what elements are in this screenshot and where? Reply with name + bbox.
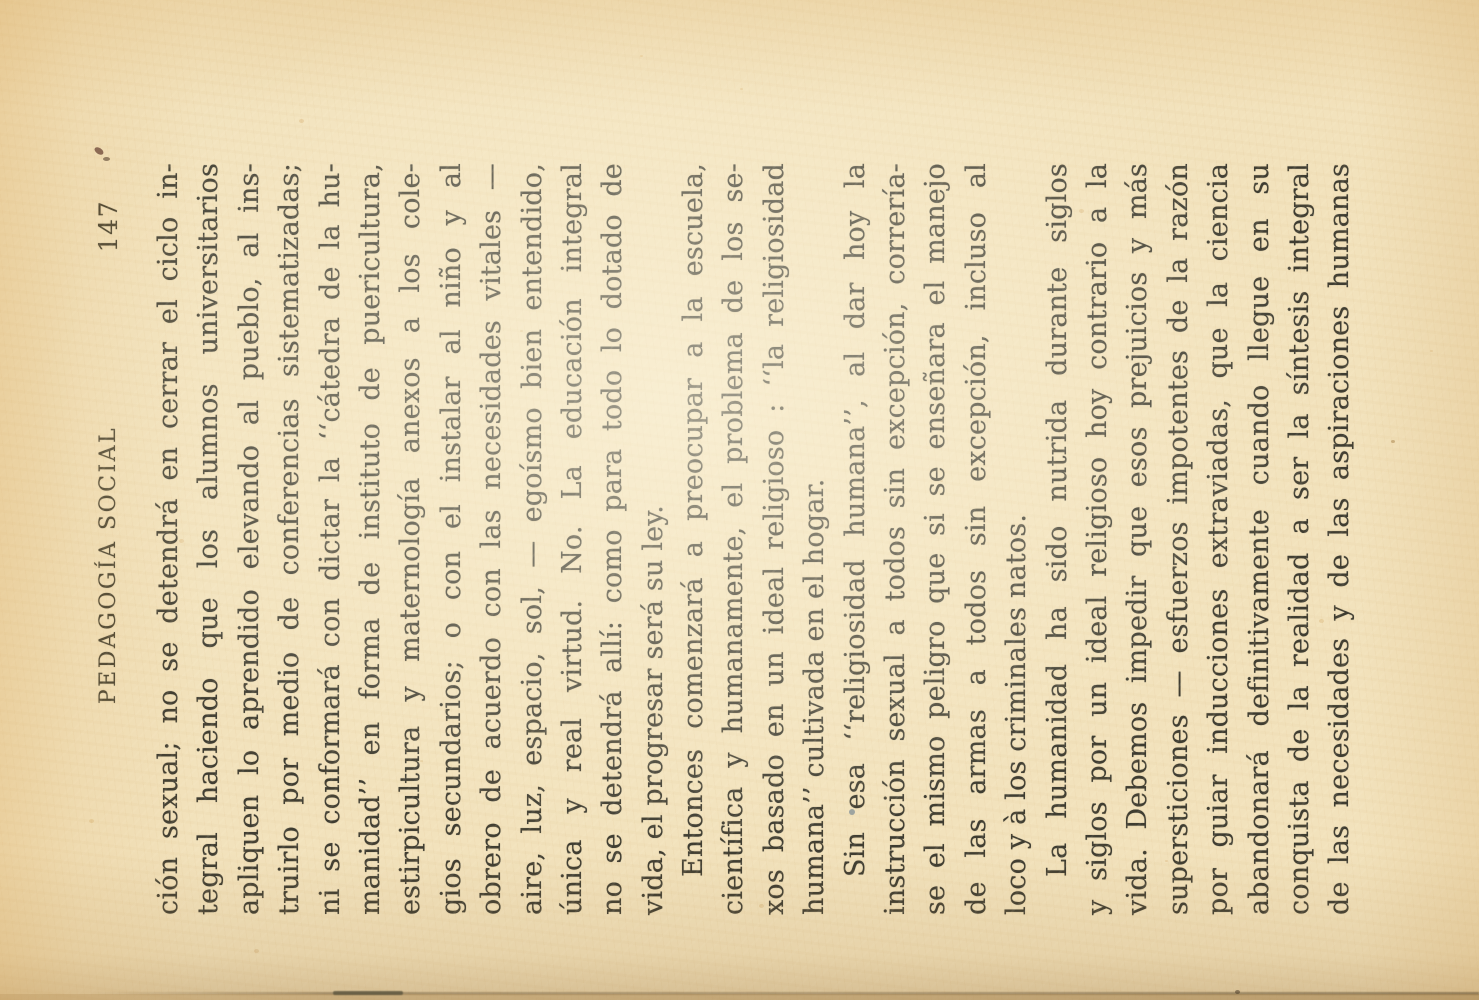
scanned-book-page: PEDAGOGÍA SOCIAL 147 ción sexual; no se … bbox=[0, 0, 1479, 1000]
text-line: única y real virtud. No. La educación in… bbox=[553, 163, 593, 915]
text-line: tegral haciendo que los alumnos universi… bbox=[189, 163, 229, 915]
text-line: apliquen lo aprendido elevando al pueblo… bbox=[230, 163, 270, 915]
text-line: xos basado en un ideal religioso : ‘‘la … bbox=[755, 163, 795, 915]
text-line: aire, luz, espacio, sol, — egoísmo bien … bbox=[513, 163, 553, 915]
text-line: ción sexual; no se detendrá en cerrar el… bbox=[149, 163, 189, 915]
text-line: humana’’ cultivada en el hogar. bbox=[795, 163, 835, 915]
page-number: 147 bbox=[94, 200, 123, 252]
text-line: de las necesidades y de las aspiraciones… bbox=[1320, 163, 1360, 915]
text-line: loco y à los criminales natos. bbox=[997, 163, 1037, 915]
text-line: y siglos por un ideal religioso hoy cont… bbox=[1078, 163, 1118, 915]
text-line: La humanidad ha sido nutrida durante sig… bbox=[1038, 163, 1078, 915]
text-line: supersticiones — esfuerzos impotentes de… bbox=[1159, 163, 1199, 915]
text-line: vida, el progresar será su ley. bbox=[634, 163, 674, 915]
text-line: de las armas a todos sin excepción, incl… bbox=[957, 163, 997, 915]
text-line: ni se conformará con dictar la ‘‘cátedra… bbox=[311, 163, 351, 915]
text-line: instrucción sexual a todos sin excepción… bbox=[876, 163, 916, 915]
text-line: truirlo por medio de conferencias sistem… bbox=[270, 163, 310, 915]
page-content: PEDAGOGÍA SOCIAL 147 ción sexual; no se … bbox=[0, 0, 1479, 1000]
text-line: vida. Debemos impedir que esos prejuicio… bbox=[1118, 163, 1158, 915]
text-line: manidad’’ en forma de instituto de pueri… bbox=[351, 163, 391, 915]
text-line: abandonará definitivamente cuando llegue… bbox=[1240, 163, 1280, 915]
text-line: Sin esa ‘‘religiosidad humana’’, al dar … bbox=[836, 163, 876, 915]
text-line: científica y humanamente, el problema de… bbox=[714, 163, 754, 915]
text-line: obrero de acuerdo con las necesidades vi… bbox=[472, 163, 512, 915]
body-text-block: ción sexual; no se detendrá en cerrar el… bbox=[149, 163, 1361, 915]
text-line: por guiar inducciones extraviadas, que l… bbox=[1199, 163, 1239, 915]
text-line: conquista de la realidad a ser la síntes… bbox=[1280, 163, 1320, 915]
text-line: estirpicultura y maternología anexos a l… bbox=[391, 163, 431, 915]
text-line: no se detendrá allí: como para todo lo d… bbox=[593, 163, 633, 915]
text-line: gios secundarios; o con el instalar al n… bbox=[432, 163, 472, 915]
text-line: se el mismo peligro que si se enseñara e… bbox=[916, 163, 956, 915]
text-line: Entonces comenzará a preocupar a la escu… bbox=[674, 163, 714, 915]
running-header-title: PEDAGOGÍA SOCIAL bbox=[96, 189, 121, 941]
